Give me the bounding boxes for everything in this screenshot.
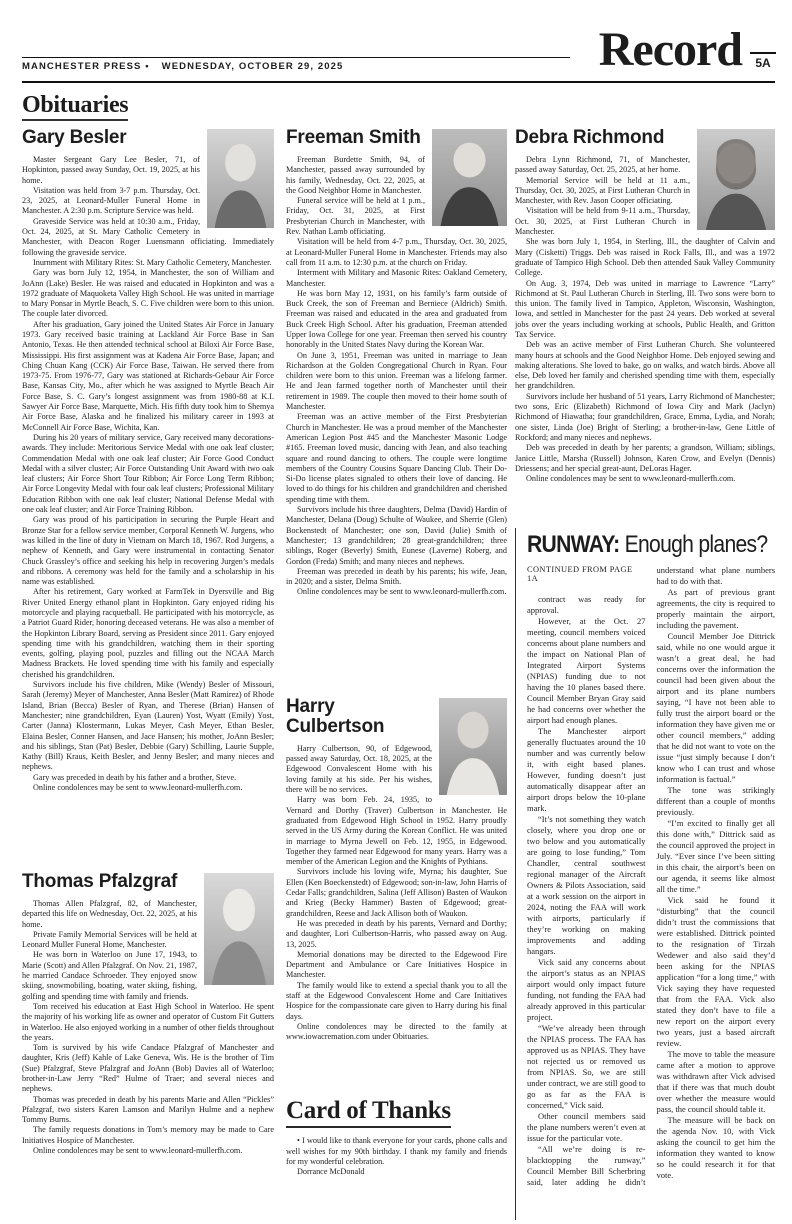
card-of-thanks-title: Card of Thanks: [286, 1098, 451, 1128]
obit-paragraph: Online condolences may be sent to www.le…: [515, 474, 775, 484]
portrait-silhouette: [207, 129, 274, 228]
issue-date: WEDNESDAY, OCTOBER 29, 2025: [162, 61, 344, 72]
obit-paragraph: Online condolences may be directed to th…: [286, 1022, 507, 1043]
continued-from-kicker: CONTINUED FROM PAGE 1A: [527, 565, 646, 583]
obituary-debra-richmond: Debra Richmond Debra Lynn Richmond, 71, …: [515, 128, 775, 526]
obit-paragraph: Gary was born July 12, 1954, in Manchest…: [22, 268, 274, 319]
column-2: Freeman Smith Freeman Burdette Smith, 94…: [286, 128, 507, 1224]
runway-paragraph: Vick said any concerns about the airport…: [527, 957, 646, 1023]
newspaper-name: MANCHESTER PRESS •: [22, 61, 150, 72]
obituary-gary-besler: Gary Besler Master Sergeant Gary Lee Bes…: [22, 128, 274, 868]
obit-photo-harry-culbertson: [439, 698, 507, 795]
column-1: Gary Besler Master Sergeant Gary Lee Bes…: [22, 128, 274, 1224]
runway-paragraph: “We’ve already been through the NPIAS pr…: [527, 1023, 646, 1111]
obit-paragraph: Freeman was an active member of the Firs…: [286, 412, 507, 505]
runway-paragraph: The measure will be back on the agenda N…: [657, 1115, 776, 1181]
obit-paragraph: On Aug. 3, 1974, Deb was united in marri…: [515, 279, 775, 341]
runway-paragraph: Council Member Joe Dittrick said, while …: [657, 631, 776, 785]
runway-paragraph: As part of previous grant agreements, th…: [657, 587, 776, 631]
obit-paragraph: Visitation will be held from 4-7 p.m., T…: [286, 237, 507, 268]
obit-paragraph: Inurnment with Military Rites: St. Mary …: [22, 258, 274, 268]
obit-photo-gary-besler: [207, 129, 274, 228]
runway-paragraph: The move to table the measure came after…: [657, 1049, 776, 1115]
runway-headline-lead: RUNWAY:: [527, 531, 619, 558]
obit-paragraph: Survivors include his three daughters, D…: [286, 505, 507, 567]
portrait-silhouette: [204, 873, 274, 985]
obit-paragraph: He was born May 12, 1931, on his family’…: [286, 289, 507, 351]
obit-paragraph: Gary was proud of his participation in s…: [22, 515, 274, 587]
runway-headline-rest: Enough planes?: [619, 531, 767, 558]
obit-paragraph: Thomas was preceded in death by his pare…: [22, 1095, 274, 1126]
obituary-harry-culbertson: Harry Culbertson Harry Culbertson, 90, o…: [286, 697, 507, 1094]
obit-paragraph: Freeman was preceded in death by his par…: [286, 567, 507, 588]
column-3: Debra Richmond Debra Lynn Richmond, 71, …: [515, 128, 775, 1224]
obit-paragraph: Tom received his education at East High …: [22, 1002, 274, 1043]
obituary-thomas-pfalzgraf: Thomas Pfalzgraf Thomas Allen Pfalzgraf,…: [22, 872, 274, 1224]
card-of-thanks-paragraph: Dorrance McDonald: [286, 1167, 507, 1177]
masthead-thin-rule: [22, 57, 570, 58]
obituaries-section-title: Obituaries: [22, 92, 128, 121]
obit-paragraph: Survivors include her husband of 51 year…: [515, 392, 775, 443]
portrait-silhouette: [439, 698, 507, 795]
obit-paragraph: The family would like to extend a specia…: [286, 981, 507, 1022]
runway-paragraph: Other council members said the plane num…: [527, 1111, 646, 1144]
obit-photo-debra-richmond: [697, 129, 775, 230]
obit-paragraph: After his retirement, Gary worked at Far…: [22, 587, 274, 680]
runway-headline: RUNWAY: Enough planes?: [527, 532, 745, 557]
obit-paragraph: Online condolences may be sent to www.le…: [22, 1146, 274, 1156]
obit-paragraph: Deb was an active member of First Luther…: [515, 340, 775, 391]
card-of-thanks: Card of Thanks • I would like to thank e…: [286, 1098, 507, 1224]
runway-paragraph: The tone was strikingly different than a…: [657, 785, 776, 818]
obit-paragraph: After his graduation, Gary joined the Un…: [22, 320, 274, 433]
obit-paragraph: Interment with Military and Masonic Rite…: [286, 268, 507, 289]
obit-paragraph: Survivors include his loving wife, Myrna…: [286, 867, 507, 918]
obit-paragraph: Survivors include his five children, Mik…: [22, 680, 274, 773]
runway-paragraph: Vick said he found it “disturbing” that …: [657, 895, 776, 1049]
publication-masthead: Record: [599, 26, 742, 74]
portrait-silhouette: [432, 129, 507, 226]
obit-paragraph: Online condolences may be sent to www.le…: [22, 783, 274, 793]
runway-continued-story: RUNWAY: Enough planes? CONTINUED FROM PA…: [515, 528, 775, 1220]
portrait-silhouette: [697, 129, 775, 230]
obit-photo-freeman-smith: [432, 129, 507, 226]
runway-body: CONTINUED FROM PAGE 1A contract was read…: [527, 565, 775, 1205]
header-rule: [22, 81, 775, 83]
newspaper-dateline: MANCHESTER PRESS •WEDNESDAY, OCTOBER 29,…: [22, 61, 343, 72]
obit-photo-thomas-pfalzgraf: [204, 873, 274, 985]
obit-paragraph: Harry was born Feb. 24, 1935, to Vernard…: [286, 795, 507, 867]
obit-paragraph: On June 3, 1951, Freeman was united in m…: [286, 351, 507, 413]
runway-paragraph: “It’s not something they watch closely, …: [527, 814, 646, 957]
obit-paragraph: Online condolences may be sent to www.le…: [286, 587, 507, 597]
obit-paragraph: During his 20 years of military service,…: [22, 433, 274, 515]
card-of-thanks-paragraph: • I would like to thank everyone for you…: [286, 1136, 507, 1167]
card-of-thanks-body: • I would like to thank everyone for you…: [286, 1136, 507, 1177]
obit-paragraph: Gary was preceded in death by his father…: [22, 773, 274, 783]
obit-paragraph: Memorial donations may be directed to th…: [286, 950, 507, 981]
obit-paragraph: The family requests donations in Tom’s m…: [22, 1125, 274, 1146]
obit-paragraph: Tom is survived by his wife Candace Pfal…: [22, 1043, 274, 1094]
page-number: 5A: [750, 52, 776, 70]
runway-paragraph: contract was ready for approval.: [527, 594, 646, 616]
runway-paragraph: However, at the Oct. 27 meeting, council…: [527, 616, 646, 726]
runway-paragraph: “I’m excited to finally get all this don…: [657, 818, 776, 895]
runway-paragraph: The Manchester airport generally fluctua…: [527, 726, 646, 814]
obit-paragraph: She was born July 1, 1954, in Sterling, …: [515, 237, 775, 278]
obit-paragraph: Deb was preceded in death by her parents…: [515, 443, 775, 474]
obit-paragraph: He was preceded in death by his parents,…: [286, 919, 507, 950]
obituary-freeman-smith: Freeman Smith Freeman Burdette Smith, 94…: [286, 128, 507, 694]
obit-body: Master Sergeant Gary Lee Besler, 71, of …: [22, 155, 274, 793]
